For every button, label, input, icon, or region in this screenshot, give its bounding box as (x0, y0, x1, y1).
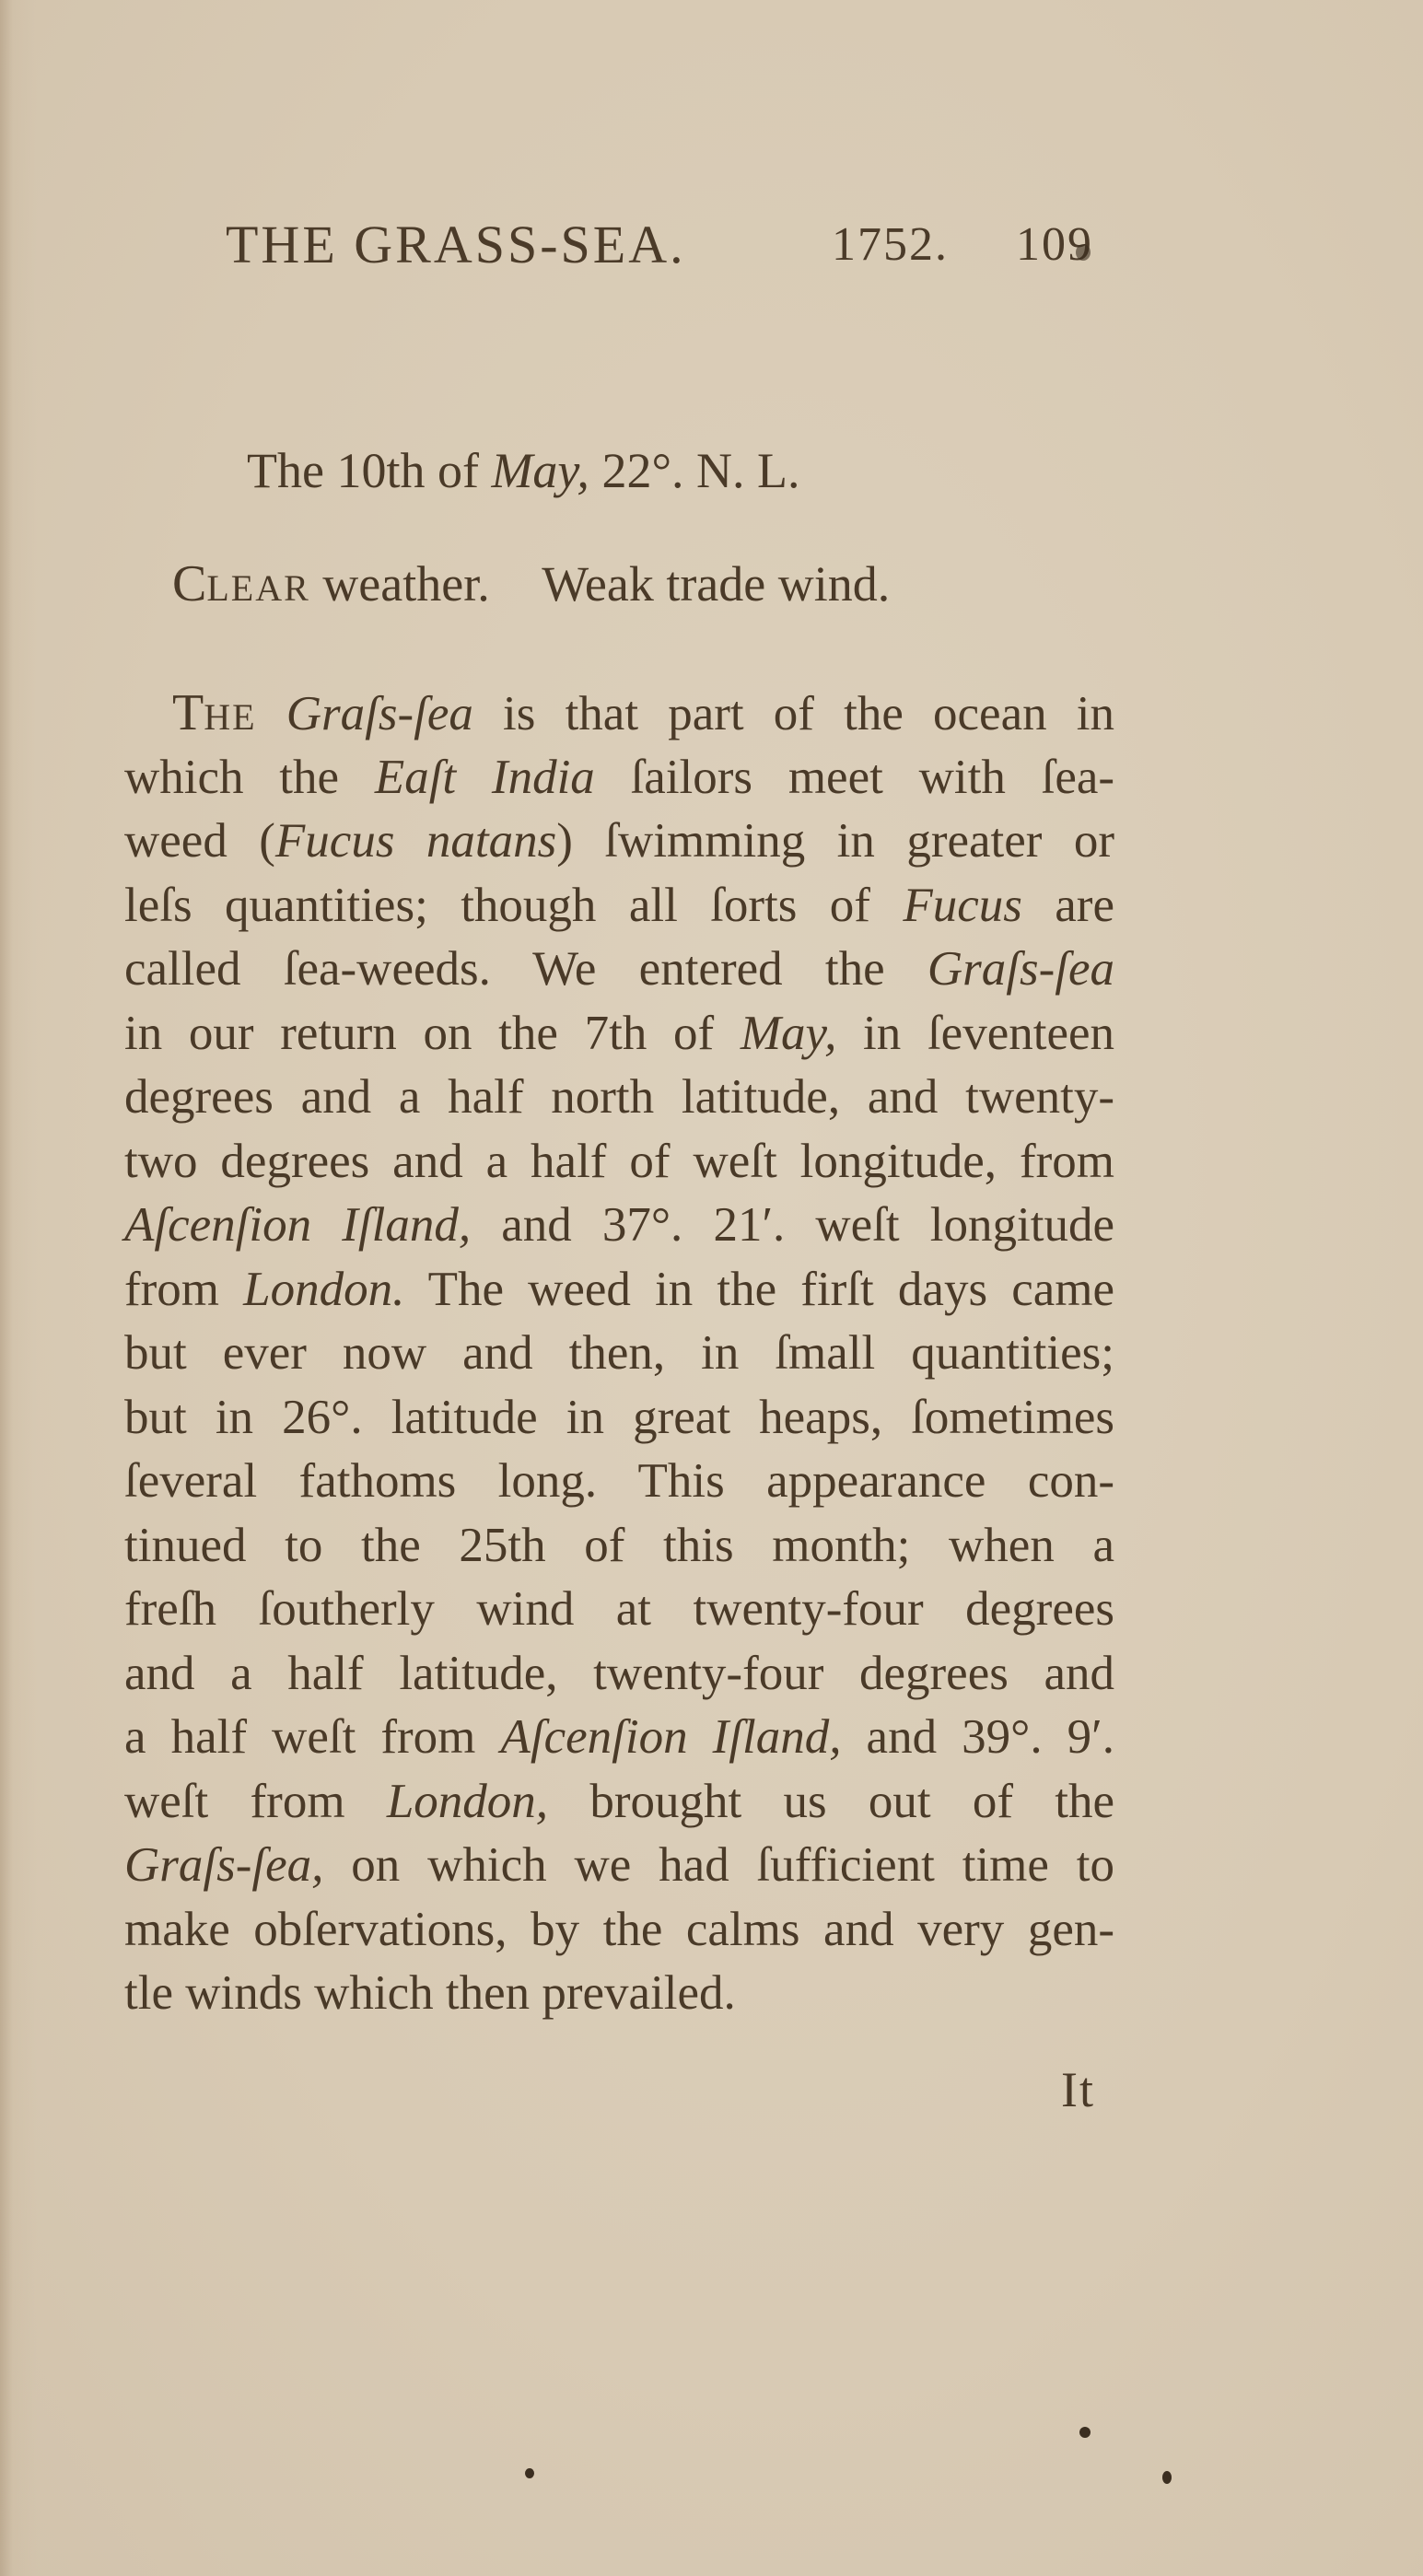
text-line: from London. The weed in the firſt days … (124, 1258, 1114, 1323)
text-segment: weed ( (124, 814, 275, 868)
text-segment: ſailors meet with ſea- (595, 751, 1114, 804)
text-segment: are (1022, 879, 1114, 932)
text-segment: on which we had ſufficient time to (323, 1838, 1114, 1892)
text-segment: ) ſwimming in greater or (556, 814, 1114, 868)
text-line: but ever now and then, in ſmall quantiti… (124, 1322, 1114, 1386)
text-segment: Graſs-ſea, (124, 1838, 323, 1892)
text-line: which the Eaſt India ſailors meet with ſ… (124, 746, 1114, 810)
text-segment: HE (204, 696, 256, 738)
text-line: weed (Fucus natans) ſwimming in greater … (124, 810, 1114, 874)
text-segment: but ever now and then, in ſmall quantiti… (124, 1326, 1114, 1380)
paper-speck (525, 2468, 534, 2478)
weather-text: weather. (322, 556, 489, 612)
text-segment: make obſervations, by the calms and very… (124, 1903, 1114, 1956)
text-segment: and 39°. 9′. (841, 1710, 1114, 1764)
text-segment: in ſeventeen (836, 1007, 1114, 1060)
text-segment: a half weſt from (124, 1710, 500, 1764)
text-segment: Fucus (903, 879, 1022, 932)
text-line: weſt from London, brought us out of the (124, 1770, 1114, 1835)
text-segment: Fucus natans (275, 814, 556, 868)
running-head-year: 1752. (832, 217, 949, 272)
text-line: freſh ſoutherly wind at twenty-four degr… (124, 1578, 1114, 1642)
text-segment: which the (124, 751, 375, 804)
text-line: called ſea-weeds. We entered the Graſs-ſ… (124, 938, 1114, 1002)
text-line: and a half latitude, twenty-four degrees… (124, 1642, 1114, 1707)
date-month: May, (491, 443, 589, 498)
text-segment: brought us out of the (548, 1775, 1114, 1828)
text-line: make obſervations, by the calms and very… (124, 1898, 1114, 1963)
text-line: leſs quantities; though all ſorts of Fuc… (124, 874, 1114, 938)
text-line: degrees and a half north latitude, and t… (124, 1066, 1114, 1130)
text-segment: T (172, 684, 204, 741)
text-segment: is that part of the ocean in (473, 687, 1114, 740)
text-segment: two degrees and a half of weſt longitude… (124, 1135, 1114, 1188)
weather-initial: C (172, 555, 206, 612)
paper-speck (1076, 244, 1091, 261)
text-line: tle winds which then prevailed. (124, 1962, 1114, 2026)
running-head: THE GRASS-SEA. 1752. 109 (226, 214, 1110, 287)
text-line: tinued to the 25th of this month; when a (124, 1514, 1114, 1579)
text-segment: from (124, 1263, 243, 1316)
wind-text: Weak trade wind. (542, 556, 890, 612)
text-segment: London. (243, 1263, 404, 1316)
text-segment: Eaſt India (375, 751, 595, 804)
text-segment: tinued to the 25th of this month; when a (124, 1519, 1114, 1572)
running-head-title: THE GRASS-SEA. (226, 214, 686, 275)
text-segment: called ſea-weeds. We entered the (124, 942, 927, 996)
text-segment: Graſs-ſea (927, 942, 1114, 996)
text-line: THE Graſs-ſea is that part of the ocean … (124, 682, 1114, 746)
text-segment: tle winds which then prevailed. (124, 1966, 736, 2020)
text-segment: Graſs-ſea (286, 687, 473, 740)
text-segment: The weed in the firſt days came (404, 1263, 1114, 1316)
text-segment: but in 26°. latitude in great heaps, ſom… (124, 1391, 1114, 1444)
text-line: but in 26°. latitude in great heaps, ſom… (124, 1386, 1114, 1451)
text-line: ſeveral fathoms long. This appearance co… (124, 1450, 1114, 1514)
text-segment: degrees and a half north latitude, and t… (124, 1070, 1114, 1124)
text-segment: weſt from (124, 1775, 387, 1828)
catchword: It (1061, 2061, 1095, 2118)
text-line: Graſs-ſea, on which we had ſufficient ti… (124, 1834, 1114, 1898)
text-segment: in our return on the 7th of (124, 1007, 741, 1060)
body-paragraph: THE Graſs-ſea is that part of the ocean … (124, 682, 1114, 2026)
text-line: in our return on the 7th of May, in ſeve… (124, 1002, 1114, 1067)
entry-date-heading: The 10th of May, 22°. N. L. (247, 442, 800, 499)
text-line: a half weſt from Aſcenſion Iſland, and 3… (124, 1706, 1114, 1770)
weather-line: CLEAR weather. Weak trade wind. (172, 554, 890, 613)
text-segment (257, 687, 286, 740)
text-segment: leſs quantities; though all ſorts of (124, 879, 903, 932)
text-segment: May, (741, 1007, 837, 1060)
text-segment: and 37°. 21′. weſt longitude (471, 1198, 1114, 1252)
weather-smallcaps: LEAR (206, 567, 309, 609)
text-line: two degrees and a half of weſt longitude… (124, 1130, 1114, 1195)
paper-speck (1079, 2427, 1091, 2438)
date-prefix: The 10th of (247, 443, 479, 498)
book-page: THE GRASS-SEA. 1752. 109 The 10th of May… (0, 0, 1423, 2576)
text-segment: ſeveral fathoms long. This appearance co… (124, 1454, 1114, 1508)
paper-speck (1162, 2471, 1172, 2484)
text-line: Aſcenſion Iſland, and 37°. 21′. weſt lon… (124, 1194, 1114, 1258)
text-segment: and a half latitude, twenty-four degrees… (124, 1647, 1114, 1700)
text-segment: Aſcenſion Iſland, (500, 1710, 841, 1764)
date-suffix: 22°. N. L. (601, 443, 799, 498)
text-segment: freſh ſoutherly wind at twenty-four degr… (124, 1582, 1114, 1636)
text-segment: London, (387, 1775, 548, 1828)
text-segment: Aſcenſion Iſland, (124, 1198, 471, 1252)
